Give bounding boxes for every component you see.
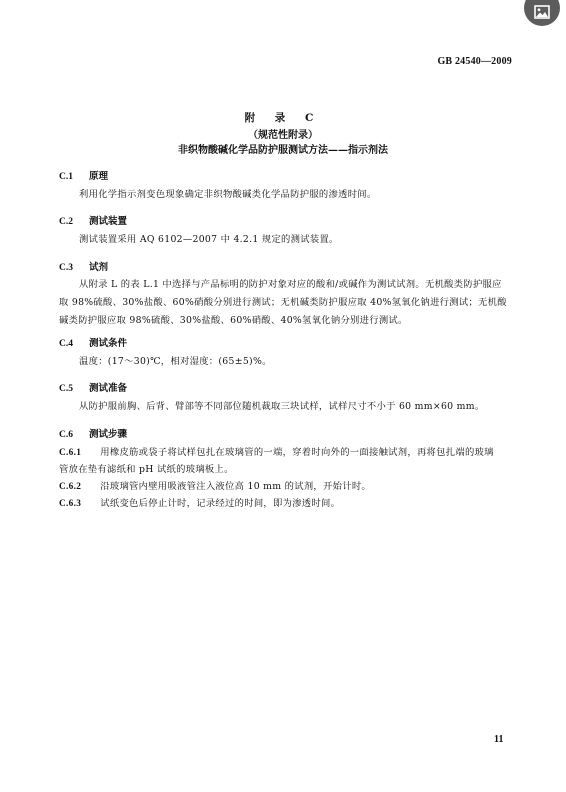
section-heading-c6: C.6测试步骤	[59, 426, 127, 440]
clause-number: C.6.3	[59, 499, 91, 509]
clause-number: C.6.1	[59, 448, 91, 458]
annex-name: 非织物酸碱化学品防护服测试方法——指示剂法	[0, 141, 566, 156]
clause-text: 试纸变色后停止计时，记录经过的时间，即为渗透时间。	[100, 498, 340, 509]
clause-c6-2: C.6.2 沿玻璃管内壁用吸液管注入液位高 10 mm 的试剂，开始计时。	[59, 478, 371, 492]
section-number: C.1	[59, 172, 89, 182]
clause-number: C.6.2	[59, 482, 91, 492]
section-heading-c5: C.5测试准备	[59, 380, 127, 394]
image-overlay-button[interactable]	[524, 0, 560, 26]
section-body-c1: 利用化学指示剂变色现象确定非织物酸碱类化学品防护服的渗透时间。	[59, 186, 511, 204]
section-title: 测试步骤	[89, 429, 127, 440]
annex-type: （规范性附录）	[0, 126, 566, 141]
section-body-c4: 温度：(17～30)℃，相对湿度：(65±5)%。	[59, 353, 511, 371]
section-title: 测试准备	[89, 383, 127, 394]
standard-code: GB 24540—2009	[437, 56, 512, 67]
section-title: 原理	[89, 171, 108, 182]
section-title: 试剂	[89, 262, 108, 273]
annex-title: 附 录 C	[0, 110, 566, 125]
section-number: C.5	[59, 384, 89, 394]
section-heading-c3: C.3试剂	[59, 259, 108, 273]
section-body-c5: 从防护服前胸、后背、臂部等不同部位随机裁取三块试样，试样尺寸不小于 60 mm×…	[59, 398, 511, 416]
section-number: C.2	[59, 217, 89, 227]
section-number: C.6	[59, 430, 89, 440]
section-number: C.4	[59, 339, 89, 349]
section-body-c2: 测试装置采用 AQ 6102—2007 中 4.2.1 规定的测试装置。	[59, 231, 511, 249]
clause-text: 用橡皮筋或袋子将试样包扎在玻璃管的一端，穿着时向外的一面接触试剂，再将包扎端的玻…	[100, 447, 493, 458]
image-icon	[534, 5, 550, 19]
section-body-c3: 从附录 L 的表 L.1 中选择与产品标明的防护对象对应的酸和/或碱作为测试试剂…	[59, 276, 511, 330]
section-title: 测试装置	[89, 216, 127, 227]
section-heading-c1: C.1原理	[59, 168, 108, 182]
section-heading-c4: C.4测试条件	[59, 335, 127, 349]
page-number: 11	[494, 734, 503, 745]
clause-text: 沿玻璃管内壁用吸液管注入液位高 10 mm 的试剂，开始计时。	[100, 481, 371, 492]
clause-c6-1-continued: 管放在垫有滤纸和 pH 试纸的玻璃板上。	[59, 461, 234, 475]
section-heading-c2: C.2测试装置	[59, 213, 127, 227]
section-title: 测试条件	[89, 338, 127, 349]
clause-c6-1: C.6.1 用橡皮筋或袋子将试样包扎在玻璃管的一端，穿着时向外的一面接触试剂，再…	[59, 444, 494, 458]
clause-c6-3: C.6.3 试纸变色后停止计时，记录经过的时间，即为渗透时间。	[59, 495, 340, 509]
section-number: C.3	[59, 263, 89, 273]
